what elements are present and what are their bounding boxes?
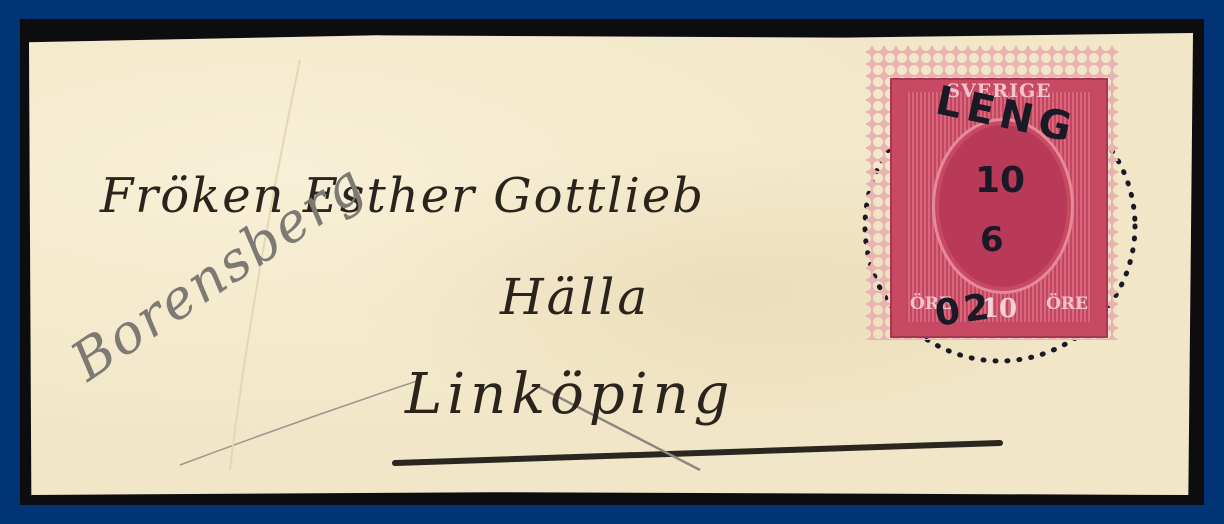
address-line-recipient: Fröken Esther Gottlieb: [100, 168, 705, 224]
address-line-place: Hälla: [500, 268, 650, 326]
address-underline: [395, 443, 1000, 463]
postmark-day: 10: [975, 160, 1025, 201]
pencil-stroke: [180, 380, 420, 465]
postmark-month: 6: [980, 220, 1004, 260]
postmark-year: 02: [932, 286, 995, 335]
address-line-city: Linköping: [405, 362, 734, 427]
stamp-denomination: ÖRE 10 ÖRE: [892, 294, 1106, 324]
